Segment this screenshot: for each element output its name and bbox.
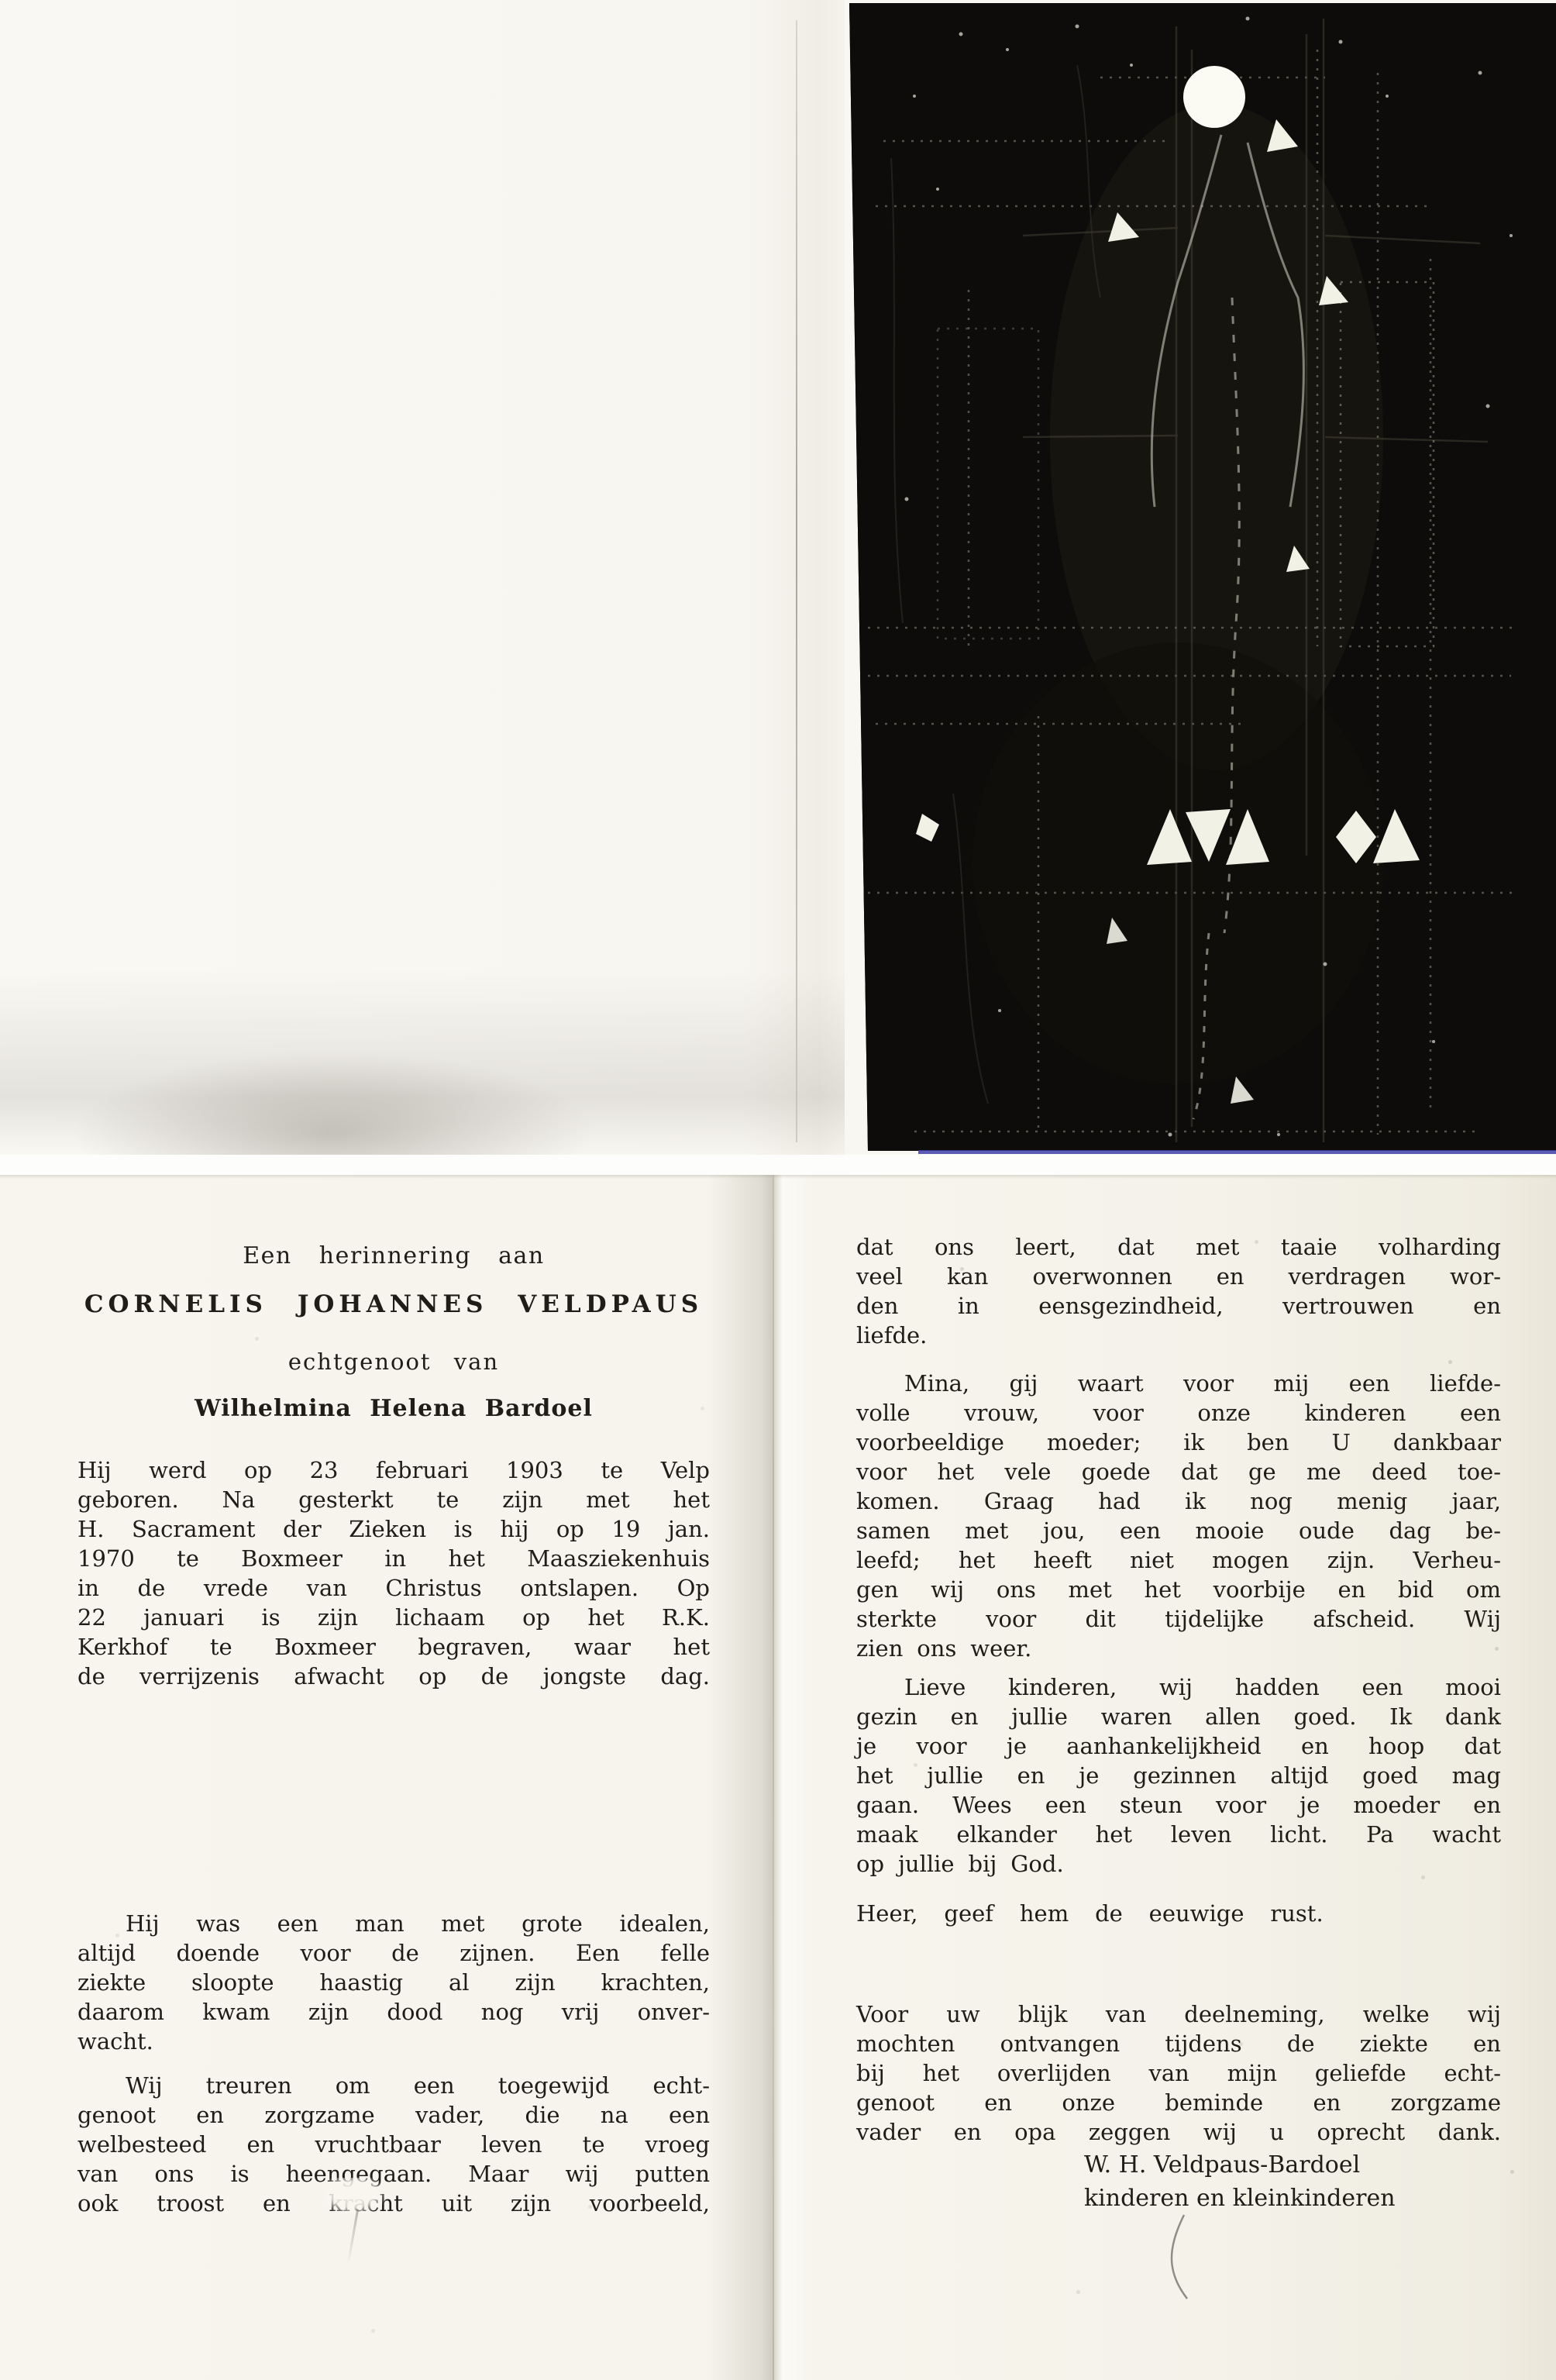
text-line: vader en opa zeggen wij u oprecht dank. [856, 2117, 1501, 2147]
scan-gap-band [0, 1155, 1556, 1175]
scan-artifact-blue-line [918, 1150, 1556, 1154]
paper-speckles [0, 1175, 2, 1177]
biography-paragraph: Hij werd op 23 februari 1903 te Velpgebo… [77, 1455, 710, 1691]
text-line: ook troost en kracht uit zijn voorbeeld, [77, 2189, 710, 2218]
text-line: genoot en zorgzame vader, die na een [77, 2100, 710, 2130]
text-line: op jullie bij God. [856, 1849, 1501, 1879]
text-line: Hij was een man met grote idealen, [77, 1909, 710, 1938]
text-line: Lieve kinderen, wij hadden een mooi [856, 1672, 1501, 1702]
inside-fold-line [773, 1175, 774, 2380]
text-line: 1970 te Boxmeer in het Maasziekenhuis [77, 1544, 710, 1573]
prayer-line: Heer, geef hem de eeuwige rust. [856, 1899, 1501, 1928]
inside-left-page: Een herinnering aan CORNELIS JOHANNES VE… [77, 1175, 710, 2380]
card-front-outer-page [0, 0, 1556, 1155]
crucifix-etching-illustration [845, 3, 1556, 1151]
mourning-paragraph: Wij treuren om een toegewijd echt-genoot… [77, 2071, 710, 2218]
text-line: H. Sacrament der Zieken is hij op 19 jan… [77, 1514, 710, 1544]
text-line: het jullie en je gezinnen altijd goed ma… [856, 1761, 1501, 1790]
text-line: maak elkander het leven licht. Pa wacht [856, 1820, 1501, 1849]
text-line: daarom kwam zijn dood nog vrij onver- [77, 1997, 710, 2027]
signature-block: W. H. Veldpaus-Bardoel kinderen en klein… [1084, 2148, 1501, 2215]
text-line: Hij werd op 23 februari 1903 te Velp [77, 1455, 710, 1485]
text-line: volle vrouw, voor onze kinderen een [856, 1398, 1501, 1428]
memorial-intro-line: Een herinnering aan [77, 1242, 710, 1269]
relation-label: echtgenoot van [77, 1348, 710, 1375]
text-line: gen wij ons met het voorbije en bid om [856, 1575, 1501, 1604]
text-line: samen met jou, een mooie oude dag be- [856, 1516, 1501, 1545]
text-line: voor het vele goede dat ge me deed toe- [856, 1457, 1501, 1486]
text-line: dat ons leert, dat met taaie volharding [856, 1232, 1501, 1262]
text-line: voorbeeldige moeder; ik ben U dankbaar [856, 1428, 1501, 1457]
scan-pen-stroke-artifact [1155, 2212, 1224, 2305]
continuation-paragraph: dat ons leert, dat met taaie volhardingv… [856, 1232, 1501, 1350]
text-line: welbesteed en vruchtbaar leven te vroeg [77, 2130, 710, 2159]
tribute-paragraph: Hij was een man met grote idealen,altijd… [77, 1909, 710, 2056]
signature-family: kinderen en kleinkinderen [1084, 2182, 1501, 2215]
farewell-to-children-paragraph: Lieve kinderen, wij hadden een mooigezin… [856, 1672, 1501, 1879]
acknowledgement-paragraph: Voor uw blijk van deelneming, welke wijm… [856, 1999, 1501, 2147]
scan-smudge-artifact [319, 2178, 386, 2215]
text-line: Kerkhof te Boxmeer begraven, waar het [77, 1632, 710, 1662]
halo-highlight [1183, 66, 1245, 128]
card-inside-pages: Een herinnering aan CORNELIS JOHANNES VE… [0, 1175, 1556, 2380]
text-line: Heer, geef hem de eeuwige rust. [856, 1899, 1501, 1928]
text-line: mochten ontvangen tijdens de ziekte en [856, 2029, 1501, 2058]
memorial-card-scan: Een herinnering aan CORNELIS JOHANNES VE… [0, 0, 1556, 2380]
text-line: veel kan overwonnen en verdragen wor- [856, 1262, 1501, 1291]
text-line: de verrijzenis afwacht op de jongste dag… [77, 1662, 710, 1691]
text-line: komen. Graag had ik nog menig jaar, [856, 1486, 1501, 1516]
text-line: Voor uw blijk van deelneming, welke wij [856, 1999, 1501, 2029]
text-line: van ons is heengegaan. Maar wij putten [77, 2159, 710, 2189]
text-line: Wij treuren om een toegewijd echt- [77, 2071, 710, 2100]
text-line: ziekte sloopte haastig al zijn krachten, [77, 1968, 710, 1997]
text-line: geboren. Na gesterkt te zijn met het [77, 1485, 710, 1514]
text-line: zien ons weer. [856, 1634, 1501, 1663]
text-line: in de vrede van Christus ontslapen. Op [77, 1573, 710, 1603]
text-line: je voor je aanhankelijkheid en hoop dat [856, 1731, 1501, 1761]
crucifix-photo [845, 3, 1556, 1151]
text-line: leefd; het heeft niet mogen zijn. Verheu… [856, 1545, 1501, 1575]
text-line: liefde. [856, 1321, 1501, 1350]
inside-right-page: dat ons leert, dat met taaie volhardingv… [856, 1175, 1501, 2380]
deceased-name: CORNELIS JOHANNES VELDPAUS [77, 1290, 710, 1318]
text-line: bij het overlijden van mijn geliefde ech… [856, 2058, 1501, 2088]
fold-line [796, 20, 797, 1142]
front-blank-page [0, 0, 845, 1155]
text-line: genoot en onze beminde en zorgzame [856, 2088, 1501, 2117]
farewell-to-wife-paragraph: Mina, gij waart voor mij een liefde-voll… [856, 1369, 1501, 1663]
text-line: 22 januari is zijn lichaam op het R.K. [77, 1603, 710, 1632]
text-line: den in eensgezindheid, vertrouwen en [856, 1291, 1501, 1321]
spouse-name: Wilhelmina Helena Bardoel [77, 1395, 710, 1422]
text-line: altijd doende voor de zijnen. Een felle [77, 1938, 710, 1968]
text-line: gaan. Wees een steun voor je moeder en [856, 1790, 1501, 1820]
text-line: wacht. [77, 2027, 710, 2056]
text-line: Mina, gij waart voor mij een liefde- [856, 1369, 1501, 1398]
text-line: gezin en jullie waren allen goed. Ik dan… [856, 1702, 1501, 1731]
text-line: sterkte voor dit tijdelijke afscheid. Wi… [856, 1604, 1501, 1634]
signature-name: W. H. Veldpaus-Bardoel [1084, 2148, 1501, 2182]
